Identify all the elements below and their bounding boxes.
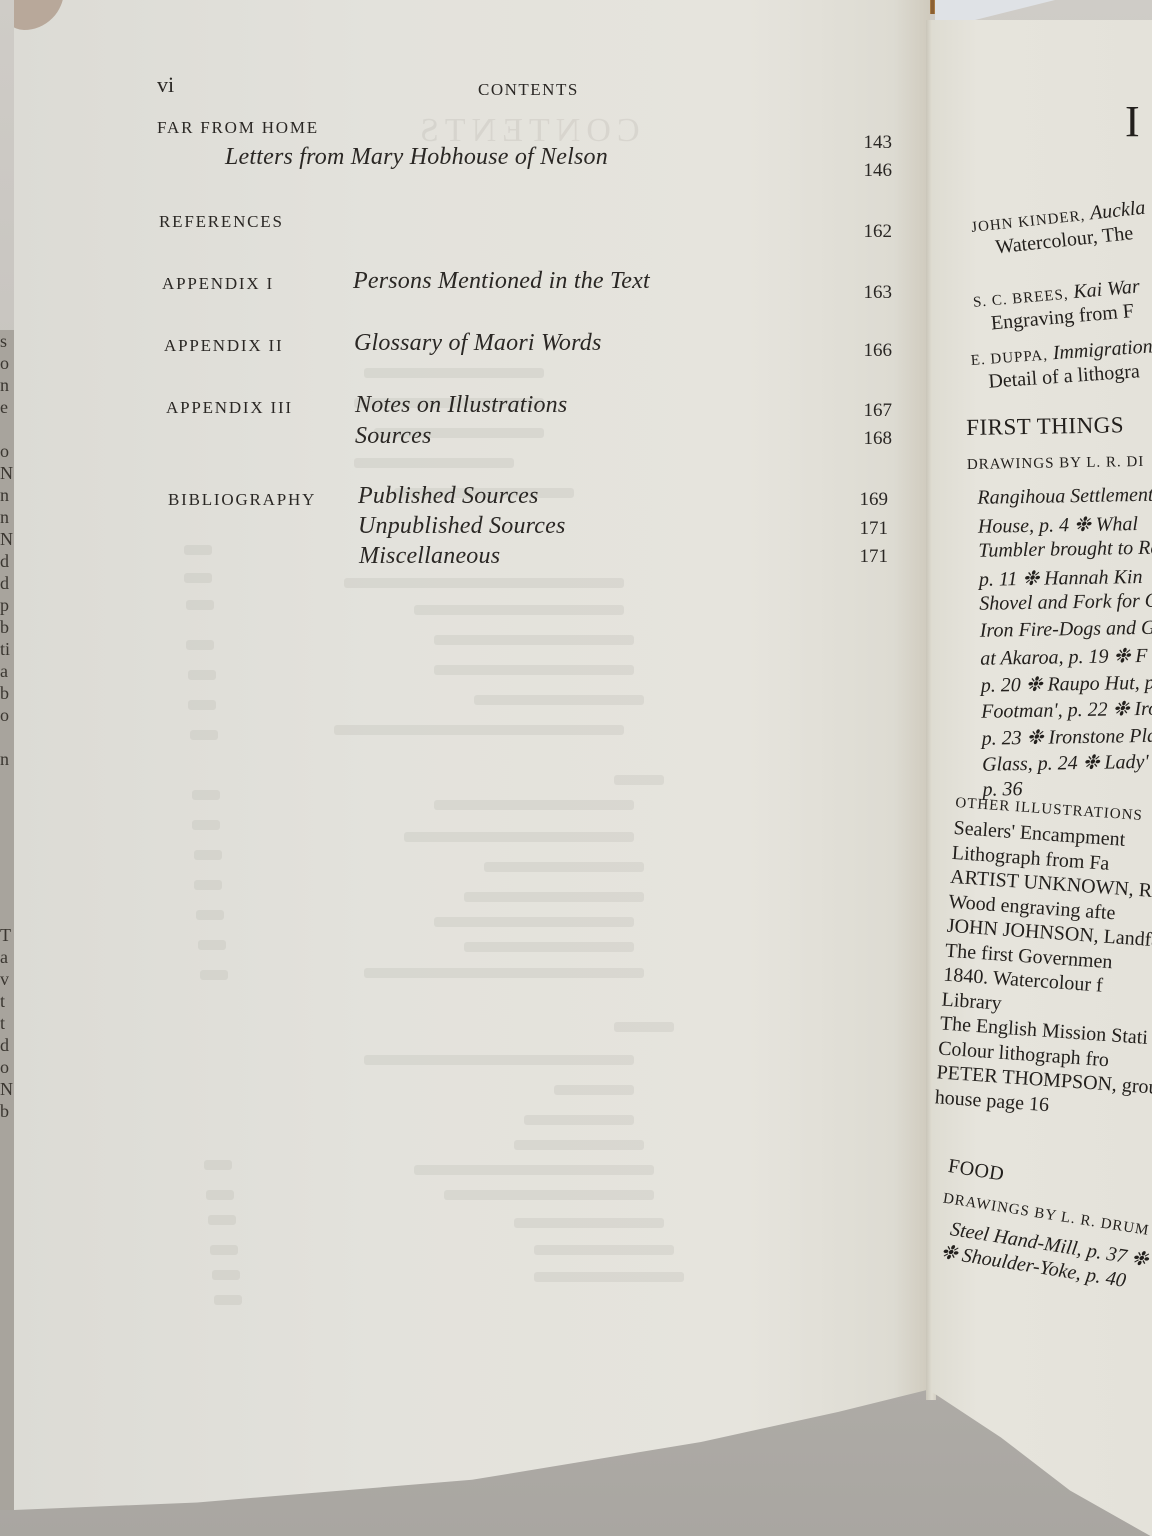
toc-title: Miscellaneous: [359, 543, 500, 570]
toc-label: APPENDIX III: [166, 398, 293, 418]
toc-label: FAR FROM HOME: [157, 118, 319, 138]
toc-title: Glossary of Maori Words: [354, 330, 602, 357]
illustration-list-item: p. 20 ❉ Raupo Hut, p: [980, 669, 1152, 697]
toc-title: Persons Mentioned in the Text: [353, 268, 650, 295]
toc-page-number: 167: [852, 400, 892, 422]
toc-page-number: 163: [852, 282, 892, 304]
section-title: FIRST THINGS: [966, 412, 1124, 441]
toc-page-number: 162: [852, 221, 892, 243]
illustration-list-item: Tumbler brought to Ra: [978, 537, 1152, 563]
book-photo-scene: soneoNnnNddpbtiabonTavttdoNb CONTENTS: [0, 0, 1152, 1536]
toc-label: APPENDIX II: [164, 336, 283, 356]
toc-title: Unpublished Sources: [358, 513, 566, 540]
toc-page-number: 168: [852, 428, 892, 450]
illustration-list-item: p. 23 ❉ Ironstone Pla: [981, 722, 1152, 750]
toc-title: Sources: [355, 423, 432, 450]
toc-title: Letters from Mary Hobhouse of Nelson: [225, 144, 608, 171]
illustration-list-item: House, p. 4 ❉ Whal: [978, 511, 1138, 539]
illustration-list-item: p. 11 ❉ Hannah Kin: [979, 563, 1143, 591]
toc-page-number: 171: [848, 546, 888, 568]
illustration-list-item: Library: [941, 988, 1002, 1015]
toc-page-number: 166: [852, 340, 892, 362]
illustration-list-item: Rangihoua Settlement: [977, 484, 1152, 510]
toc-label: BIBLIOGRAPHY: [168, 490, 316, 510]
toc-page-number: 171: [848, 518, 888, 540]
illustration-list-item: at Akaroa, p. 19 ❉ F: [980, 643, 1148, 671]
toc-label: REFERENCES: [159, 212, 284, 232]
page-folio: vi: [157, 72, 174, 98]
section-subhead: DRAWINGS BY L. R. DI: [967, 454, 1145, 474]
illustration-list-item: Iron Fire-Dogs and G: [980, 616, 1152, 642]
toc-title: Published Sources: [358, 483, 538, 510]
toc-page-number: 169: [848, 489, 888, 511]
illustration-list-item: Footman', p. 22 ❉ Iro: [981, 696, 1152, 724]
left-page: CONTENTS: [14, 0, 930, 1510]
running-head: CONTENTS: [478, 80, 579, 100]
illustration-list-item: Glass, p. 24 ❉ Lady': [982, 749, 1149, 777]
toc-label: APPENDIX I: [162, 274, 274, 294]
right-page-heading: I: [1125, 96, 1140, 147]
illustration-list-item: Shovel and Fork for O: [979, 590, 1152, 616]
toc-page-number: 146: [852, 160, 892, 182]
toc-title: Notes on Illustrations: [355, 392, 567, 419]
toc-page-number: 143: [852, 132, 892, 154]
